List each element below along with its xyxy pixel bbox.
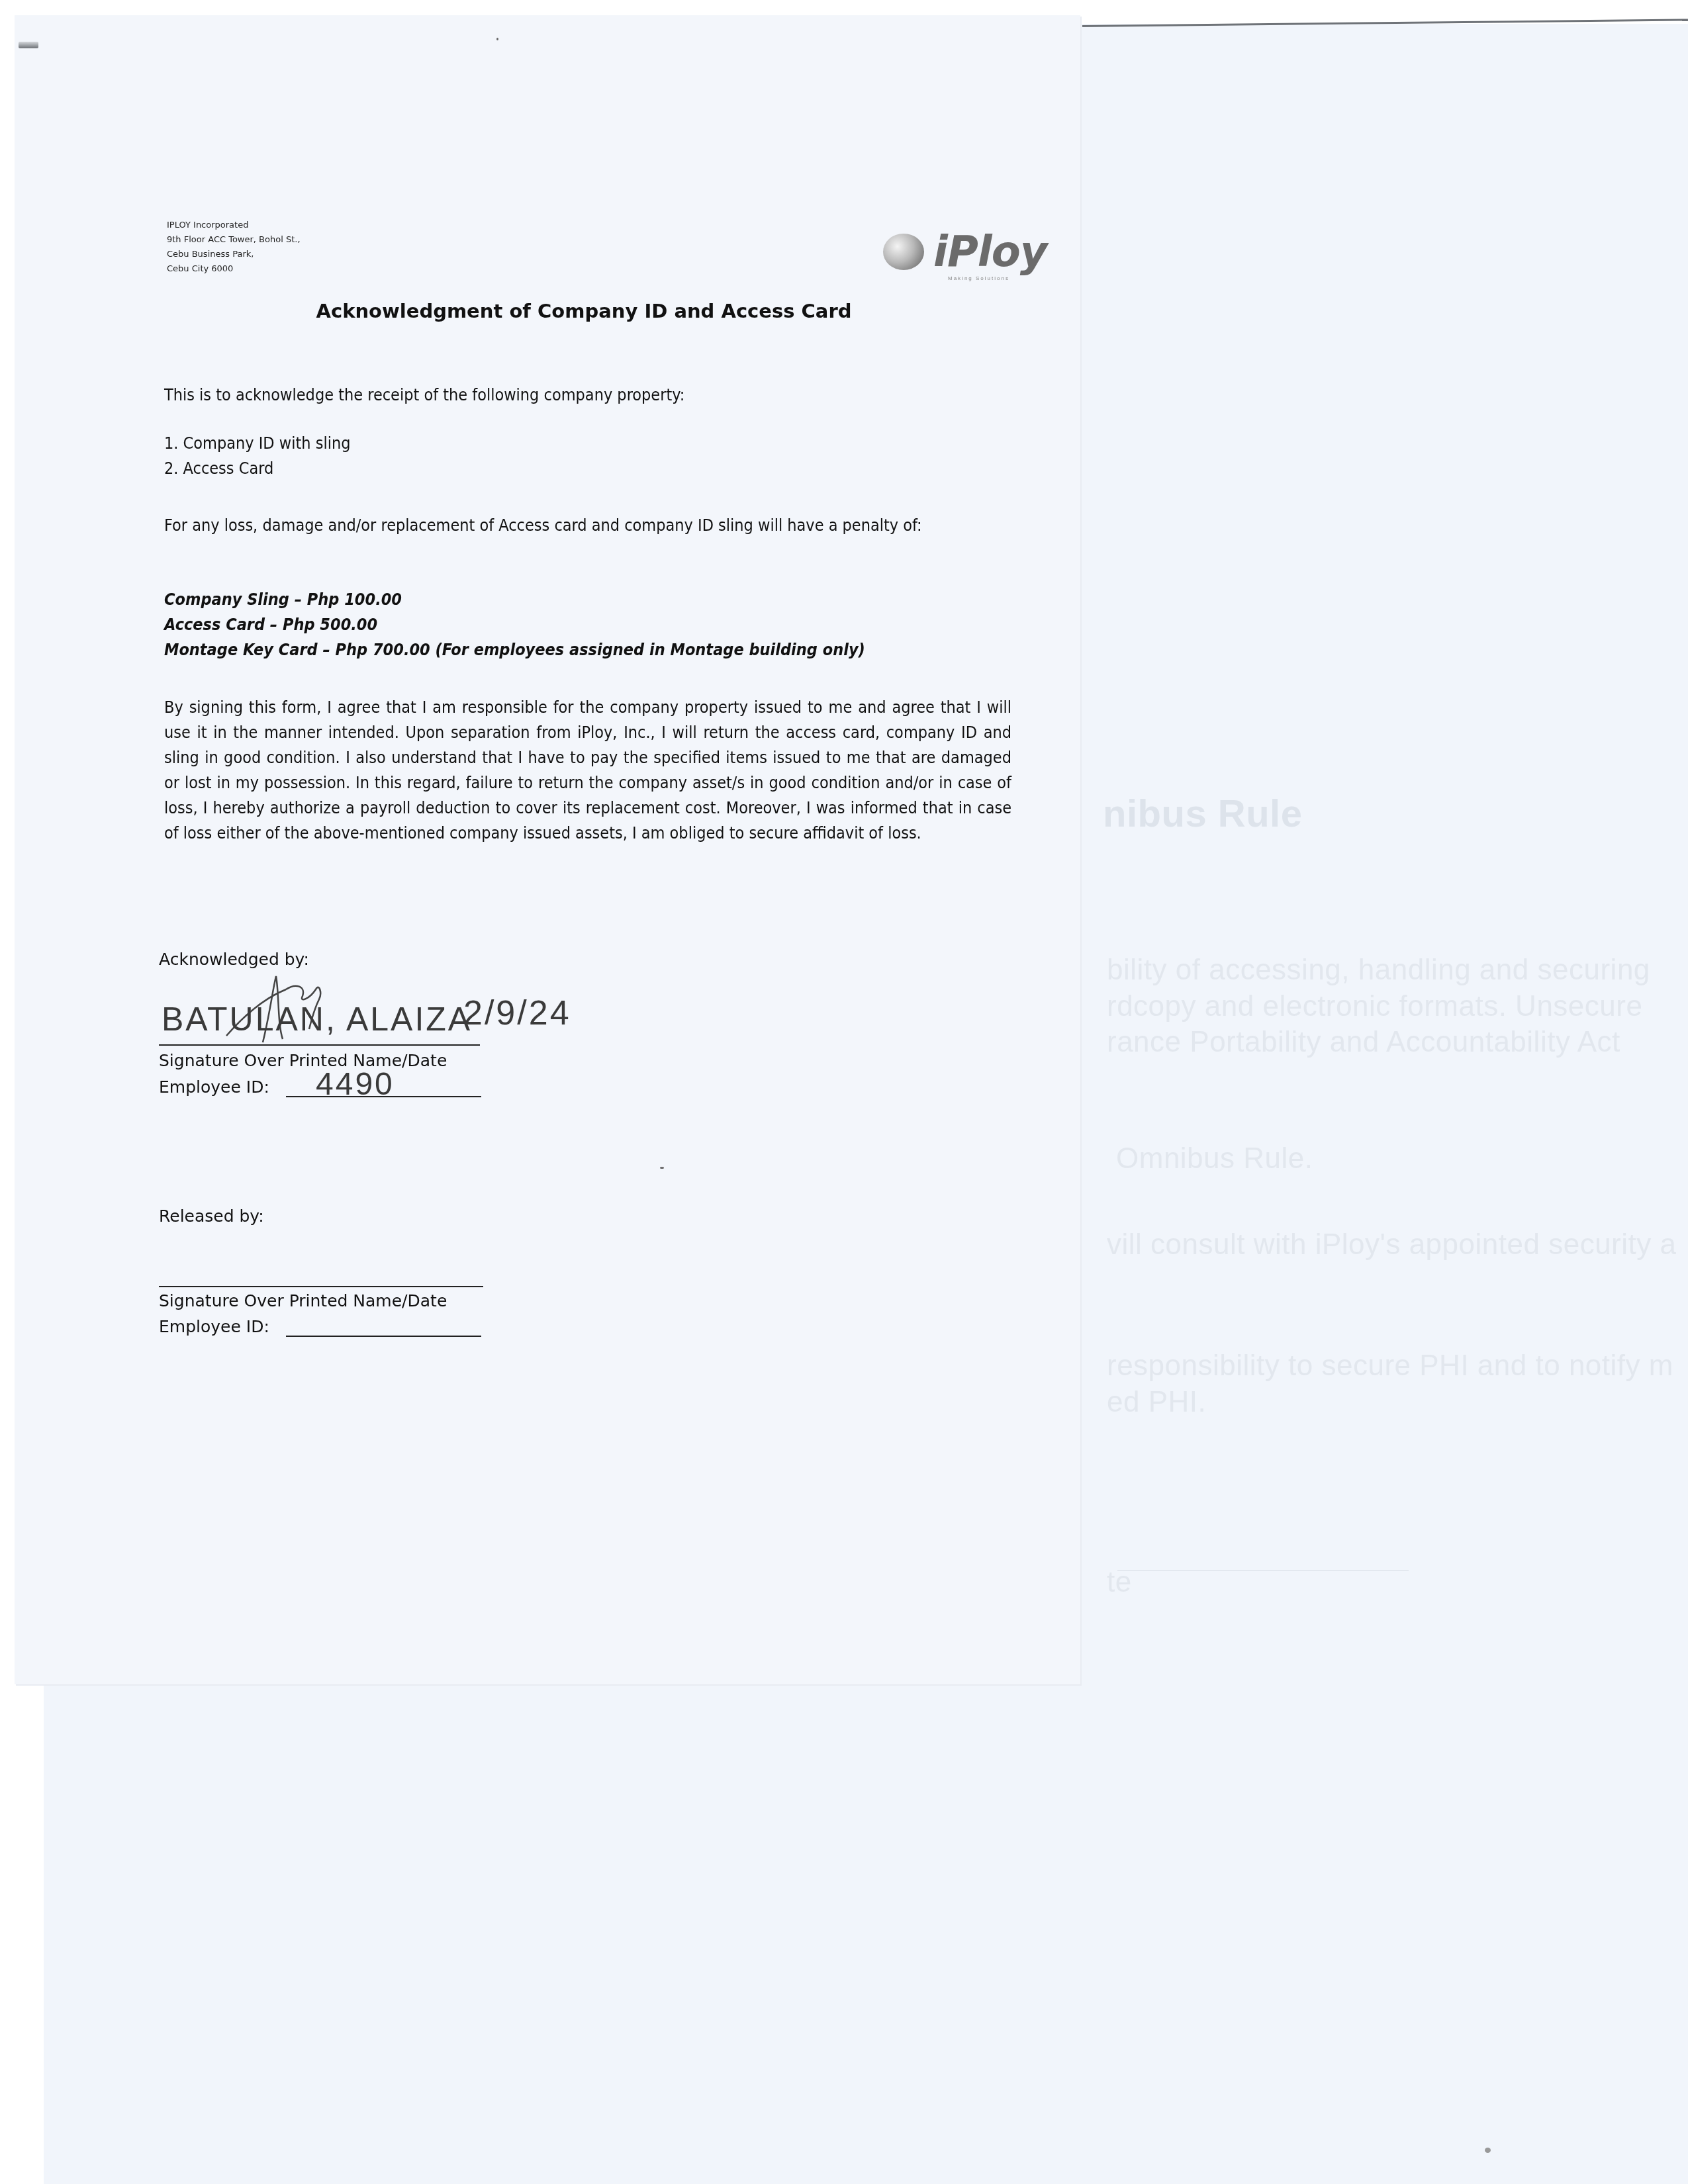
bleed-line: responsibility to secure PHI and to noti… bbox=[1107, 1349, 1673, 1383]
release-signature-caption: Signature Over Printed Name/Date bbox=[159, 1291, 447, 1310]
address-line: 9th Floor ACC Tower, Bohol St., bbox=[167, 233, 301, 248]
printed-name: BATULAN, ALAIZA bbox=[162, 1000, 472, 1038]
scan-speck bbox=[1485, 2148, 1491, 2153]
globe-icon bbox=[883, 234, 924, 270]
company-address: IPLOY Incorporated 9th Floor ACC Tower, … bbox=[167, 218, 301, 277]
release-signature-line bbox=[159, 1286, 483, 1287]
bleed-line: bility of accessing, handling and securi… bbox=[1107, 954, 1650, 987]
property-list: 1. Company ID with sling 2. Access Card bbox=[164, 431, 350, 481]
release-employee-id-label: Employee ID: bbox=[159, 1317, 269, 1336]
property-item: 2. Access Card bbox=[164, 456, 350, 481]
signature-line bbox=[159, 1044, 480, 1046]
bleed-line: vill consult with iPloy's appointed secu… bbox=[1107, 1228, 1676, 1261]
bleed-heading: nibus Rule bbox=[1103, 792, 1302, 836]
scan-speck bbox=[660, 1167, 664, 1169]
bleed-line: Omnibus Rule. bbox=[1116, 1142, 1313, 1175]
logo-text: iPloy bbox=[933, 228, 1047, 277]
released-by-label: Released by: bbox=[159, 1206, 264, 1226]
employee-id-value: 4490 bbox=[316, 1066, 395, 1103]
agreement-text: By signing this form, I agree that I am … bbox=[164, 695, 1011, 846]
address-line: IPLOY Incorporated bbox=[167, 218, 301, 233]
bleed-line: ed PHI. bbox=[1107, 1386, 1206, 1419]
address-line: Cebu City 6000 bbox=[167, 262, 301, 277]
scan-speck bbox=[496, 38, 498, 40]
intro-text: This is to acknowledge the receipt of th… bbox=[164, 383, 684, 408]
release-employee-id-line bbox=[286, 1336, 481, 1337]
document-title: Acknowledgment of Company ID and Access … bbox=[15, 300, 1153, 322]
front-page: IPLOY Incorporated 9th Floor ACC Tower, … bbox=[15, 15, 1080, 1684]
logo-tagline: Making Solutions bbox=[948, 275, 1009, 281]
penalty-item: Montage Key Card – Php 700.00 (For emplo… bbox=[164, 637, 865, 662]
penalty-item: Access Card – Php 500.00 bbox=[164, 612, 865, 637]
penalty-item: Company Sling – Php 100.00 bbox=[164, 587, 865, 612]
bleed-line: rdcopy and electronic formats. Unsecure bbox=[1107, 990, 1642, 1023]
bleed-line: rance Portability and Accountability Act bbox=[1107, 1026, 1620, 1059]
bleed-underline bbox=[1117, 1570, 1409, 1571]
acknowledgment-form: IPLOY Incorporated 9th Floor ACC Tower, … bbox=[15, 15, 1080, 1684]
acknowledged-by-label: Acknowledged by: bbox=[159, 950, 309, 969]
company-logo: iPloy Making Solutions bbox=[868, 224, 1054, 283]
property-item: 1. Company ID with sling bbox=[164, 431, 350, 456]
signature-caption: Signature Over Printed Name/Date bbox=[159, 1051, 447, 1070]
signature-date: 2/9/24 bbox=[463, 993, 571, 1033]
penalty-note: For any loss, damage and/or replacement … bbox=[164, 513, 998, 538]
penalty-list: Company Sling – Php 100.00 Access Card –… bbox=[164, 587, 865, 662]
address-line: Cebu Business Park, bbox=[167, 248, 301, 262]
employee-id-label: Employee ID: bbox=[159, 1077, 269, 1097]
